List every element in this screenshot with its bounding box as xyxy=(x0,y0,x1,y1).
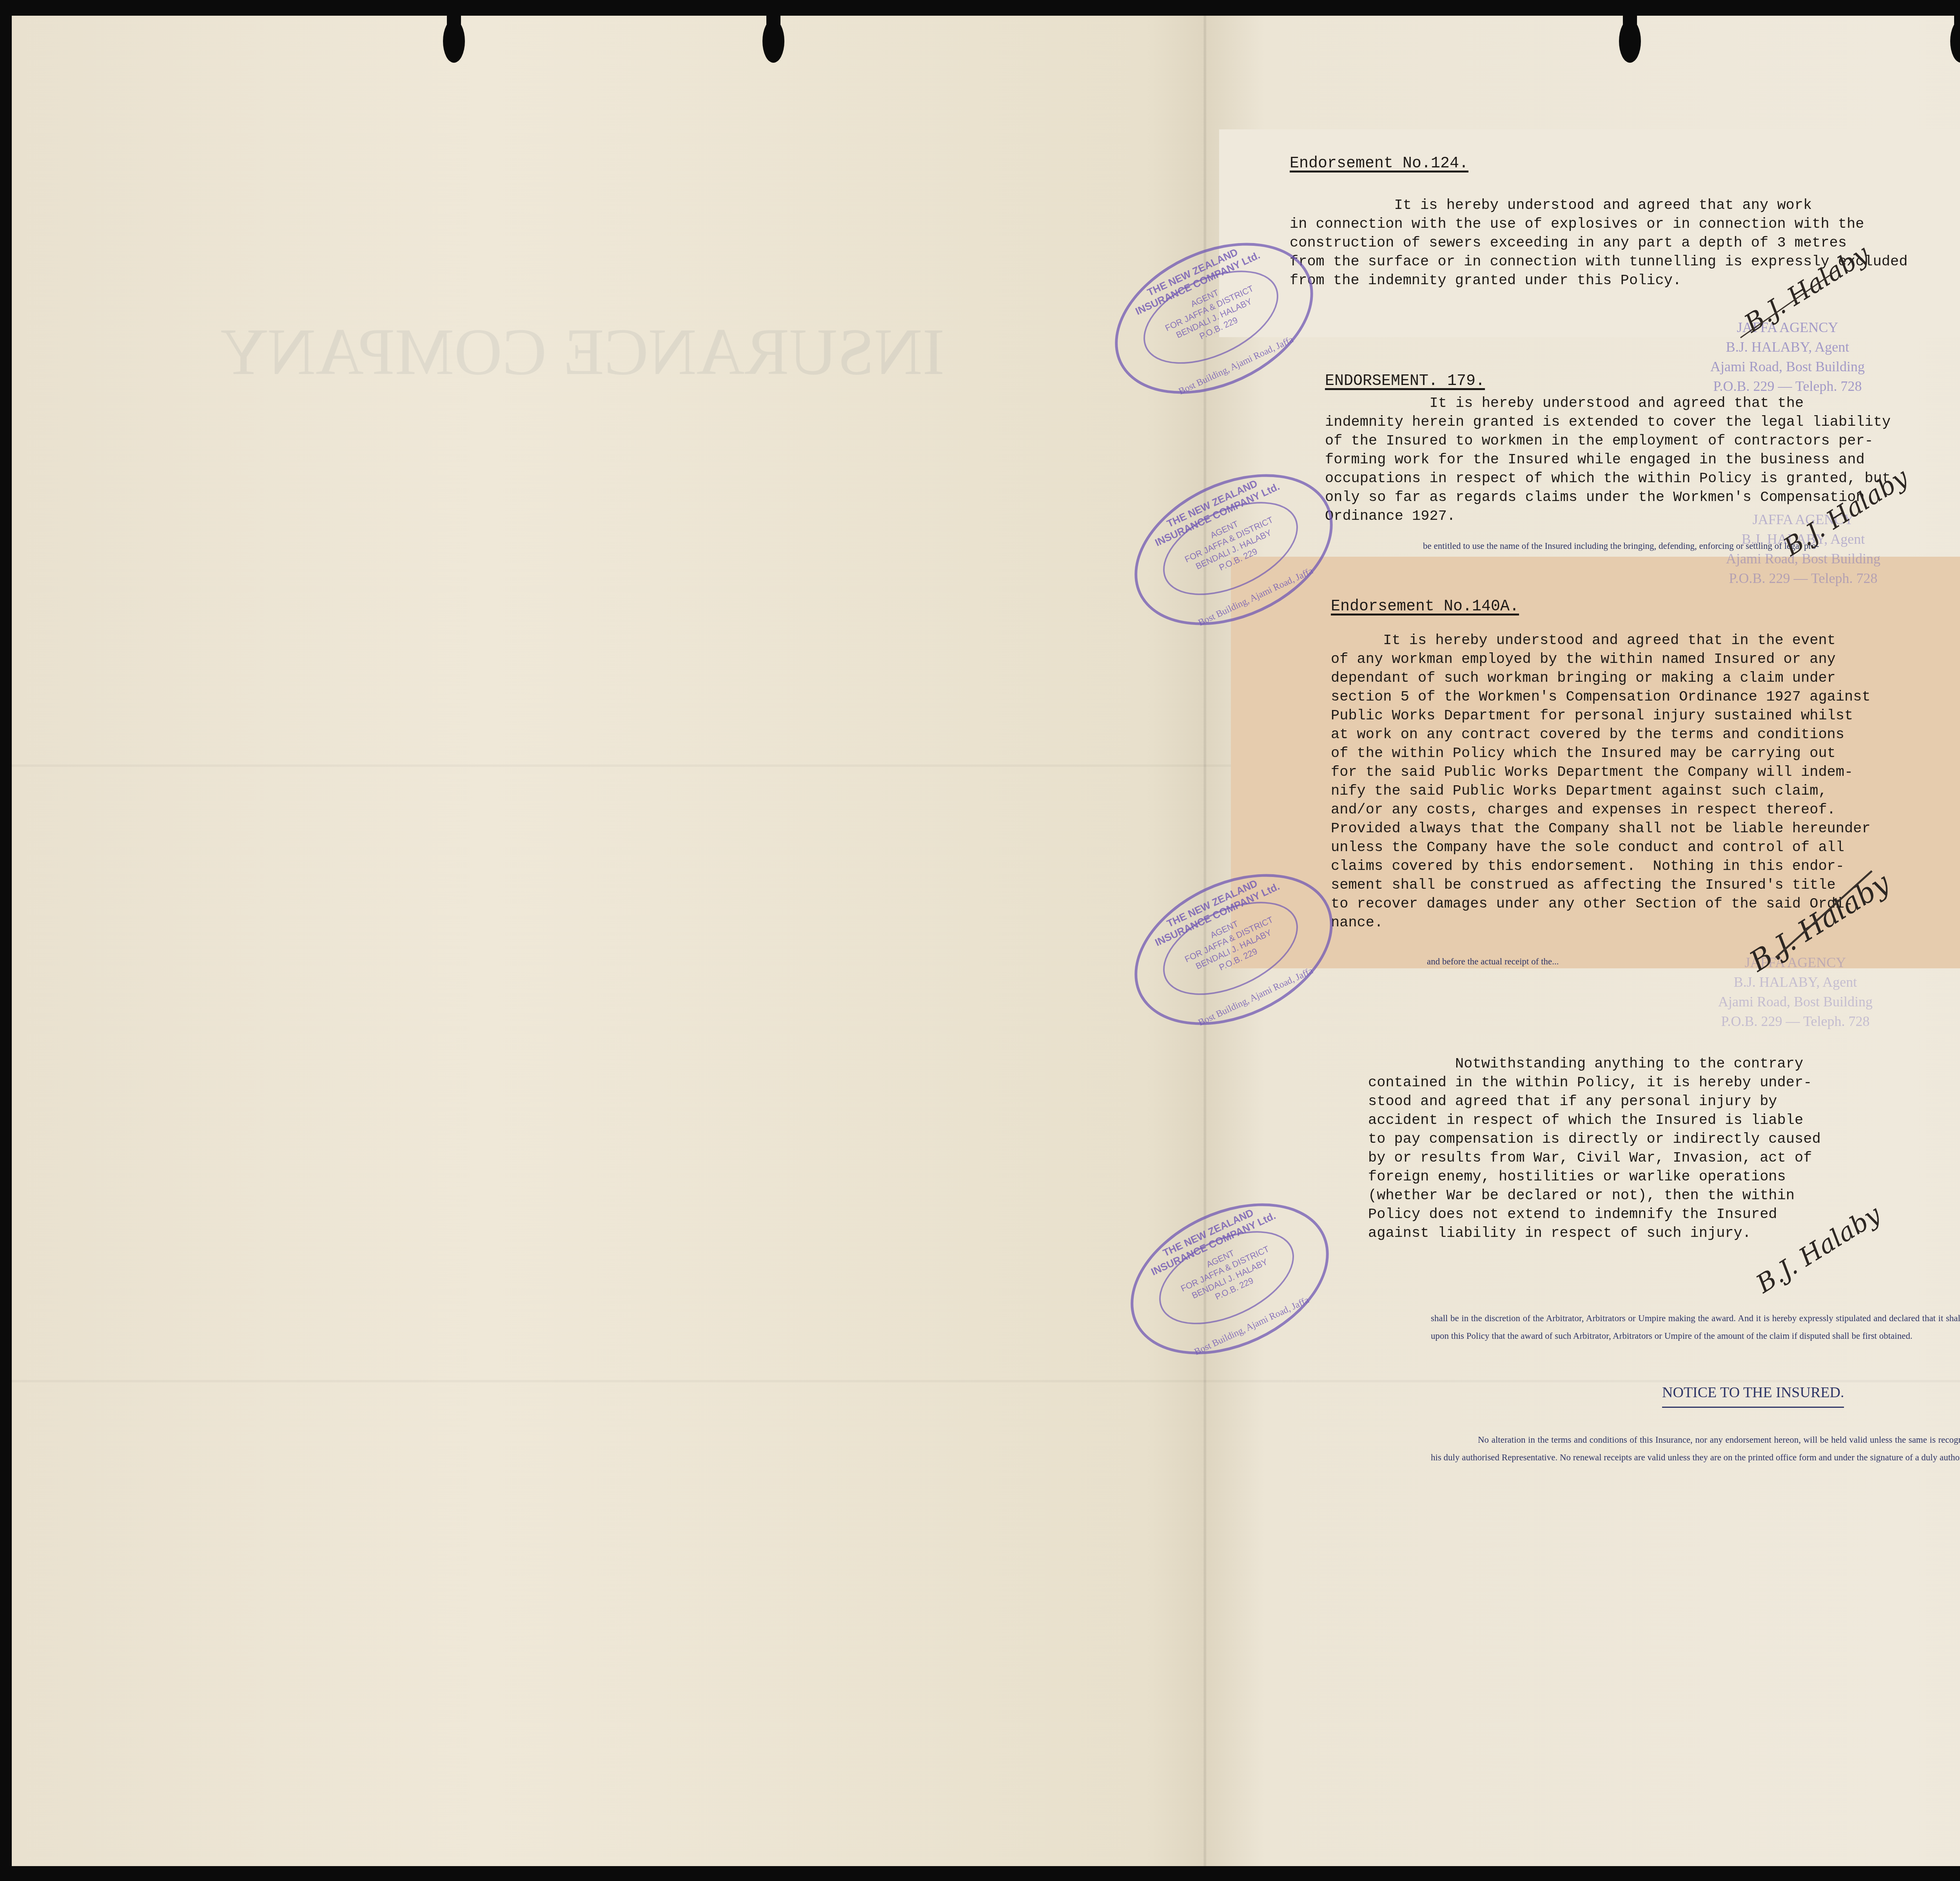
endorsement-title: Endorsement No.124. xyxy=(1290,155,1468,172)
agency-stamp-line: Ajami Road, Bost Building xyxy=(1670,357,1905,376)
bleed-through-title: INSURANCE COMPANY xyxy=(220,314,945,390)
agency-stamp-line: JAFFA AGENCY xyxy=(1670,318,1905,337)
notice-heading: NOTICE TO THE INSURED. xyxy=(1662,1384,1844,1408)
jaffa-agency-stamp: JAFFA AGENCYB.J. HALABY, AgentAjami Road… xyxy=(1678,953,1913,1031)
endorsement-body: It is hereby understood and agreed that … xyxy=(1331,631,1871,932)
agency-stamp-line: P.O.B. 229 — Teleph. 728 xyxy=(1686,568,1921,588)
printed-partial-line: and before the actual receipt of the... xyxy=(1427,957,1559,967)
binding-hole xyxy=(766,16,780,47)
endorsement-body: Notwithstanding anything to the contrary… xyxy=(1368,1055,1821,1243)
agency-stamp-line: B.J. HALABY, Agent xyxy=(1670,337,1905,357)
agency-stamp-line: Ajami Road, Bost Building xyxy=(1678,992,1913,1011)
binding-hole xyxy=(447,16,461,47)
agency-stamp-line: B.J. HALABY, Agent xyxy=(1678,972,1913,992)
endorsement-title: Endorsement No.140A. xyxy=(1331,598,1519,616)
binding-hole xyxy=(1623,16,1637,47)
notice-body: No alteration in the terms and condition… xyxy=(1431,1431,1960,1466)
endorsement-body: It is hereby understood and agreed that … xyxy=(1325,394,1891,526)
endorsement-140a: Endorsement No.140A. It is hereby unders… xyxy=(1331,598,1871,932)
binding-hole xyxy=(1954,16,1960,47)
agency-stamp-line: P.O.B. 229 — Teleph. 728 xyxy=(1678,1011,1913,1031)
endorsement-title: ENDORSEMENT. 179. xyxy=(1325,372,1485,390)
jaffa-agency-stamp: JAFFA AGENCYB.J. HALABY, AgentAjami Road… xyxy=(1670,318,1905,396)
war-exclusion-endorsement: Notwithstanding anything to the contrary… xyxy=(1368,1055,1821,1243)
horizontal-fold xyxy=(12,1380,1960,1382)
arbitration-clause-closing: shall be in the discretion of the Arbitr… xyxy=(1431,1309,1960,1345)
agency-stamp-line: P.O.B. 229 — Teleph. 728 xyxy=(1670,376,1905,396)
